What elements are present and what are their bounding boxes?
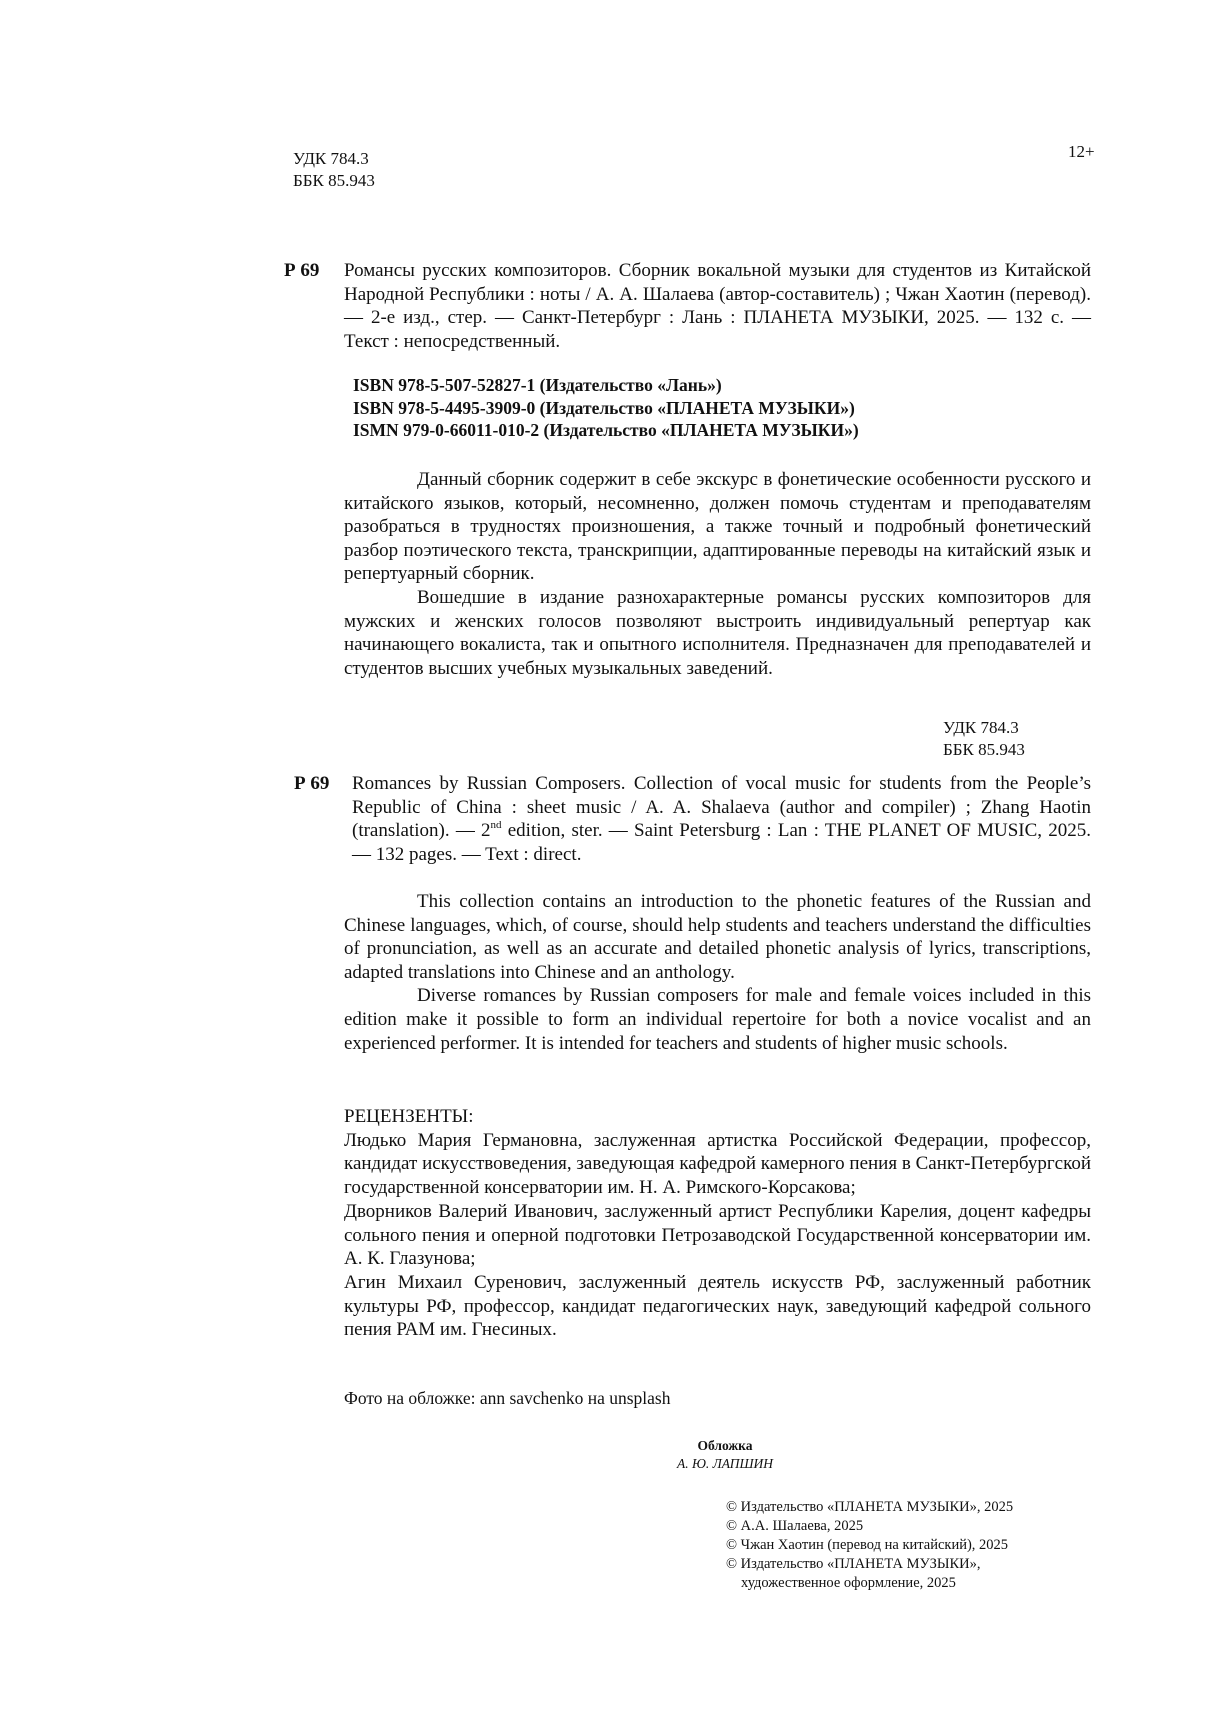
photo-credit: Фото на обложке: ann savchenko на unspla…: [344, 1388, 670, 1409]
bibliographic-description-ru: Романсы русских композиторов. Сборник во…: [344, 259, 1091, 353]
annotation-ru-paragraph: Вошедшие в издание разнохарактерные рома…: [344, 586, 1091, 680]
copyright-line: © Чжан Хаотин (перевод на китайский), 20…: [726, 1536, 1013, 1555]
reviewers-heading: РЕЦЕНЗЕНТЫ:: [344, 1105, 1091, 1129]
isbn-lan: ISBN 978-5-507-52827-1 (Издательство «Ла…: [353, 374, 859, 397]
reviewers-section: РЕЦЕНЗЕНТЫ: Людько Мария Германовна, зас…: [344, 1105, 1091, 1342]
udk-code: УДК 784.3: [293, 148, 375, 170]
cover-credit: Обложка А. Ю. ЛАПШИН: [560, 1437, 890, 1473]
isbn-planet: ISBN 978-5-4495-3909-0 (Издательство «ПЛ…: [353, 397, 859, 420]
copyright-line: © Издательство «ПЛАНЕТА МУЗЫКИ», 2025: [726, 1498, 1013, 1517]
copyright-line-continuation: художественное оформление, 2025: [726, 1574, 1013, 1593]
bbk-code: ББК 85.943: [293, 170, 375, 192]
bbk-code: ББК 85.943: [943, 739, 1025, 761]
annotation-ru-paragraph: Данный сборник содержит в себе экскурс в…: [344, 468, 1091, 586]
reviewer-item: Людько Мария Германовна, заслуженная арт…: [344, 1129, 1091, 1200]
author-sign-ru: Р 69: [284, 259, 319, 283]
classification-block-en: УДК 784.3 ББК 85.943: [943, 717, 1025, 761]
ismn-planet: ISMN 979-0-66011-010-2 (Издательство «ПЛ…: [353, 419, 859, 442]
copyright-line: © Издательство «ПЛАНЕТА МУЗЫКИ»,: [726, 1555, 1013, 1574]
bibliographic-description-en: Romances by Russian Composers. Collectio…: [352, 772, 1091, 866]
annotation-en: This collection contains an introduction…: [344, 890, 1091, 1055]
age-rating: 12+: [1068, 142, 1095, 162]
reviewer-item: Дворников Валерий Иванович, заслуженный …: [344, 1200, 1091, 1271]
copyright-block: © Издательство «ПЛАНЕТА МУЗЫКИ», 2025 © …: [726, 1498, 1013, 1593]
annotation-ru: Данный сборник содержит в себе экскурс в…: [344, 468, 1091, 680]
cover-designer: А. Ю. ЛАПШИН: [560, 1455, 890, 1473]
ordinal-suffix: nd: [491, 819, 502, 831]
author-sign-en: Р 69: [294, 772, 329, 796]
reviewer-item: Агин Михаил Суренович, заслуженный деяте…: [344, 1271, 1091, 1342]
copyright-line: © А.А. Шалаева, 2025: [726, 1517, 1013, 1536]
identifiers-block: ISBN 978-5-507-52827-1 (Издательство «Ла…: [353, 374, 859, 442]
classification-block-top: УДК 784.3 ББК 85.943: [293, 148, 375, 192]
annotation-en-paragraph: This collection contains an introduction…: [344, 890, 1091, 984]
cover-label: Обложка: [560, 1437, 890, 1455]
annotation-en-paragraph: Diverse romances by Russian composers fo…: [344, 984, 1091, 1055]
udk-code: УДК 784.3: [943, 717, 1025, 739]
